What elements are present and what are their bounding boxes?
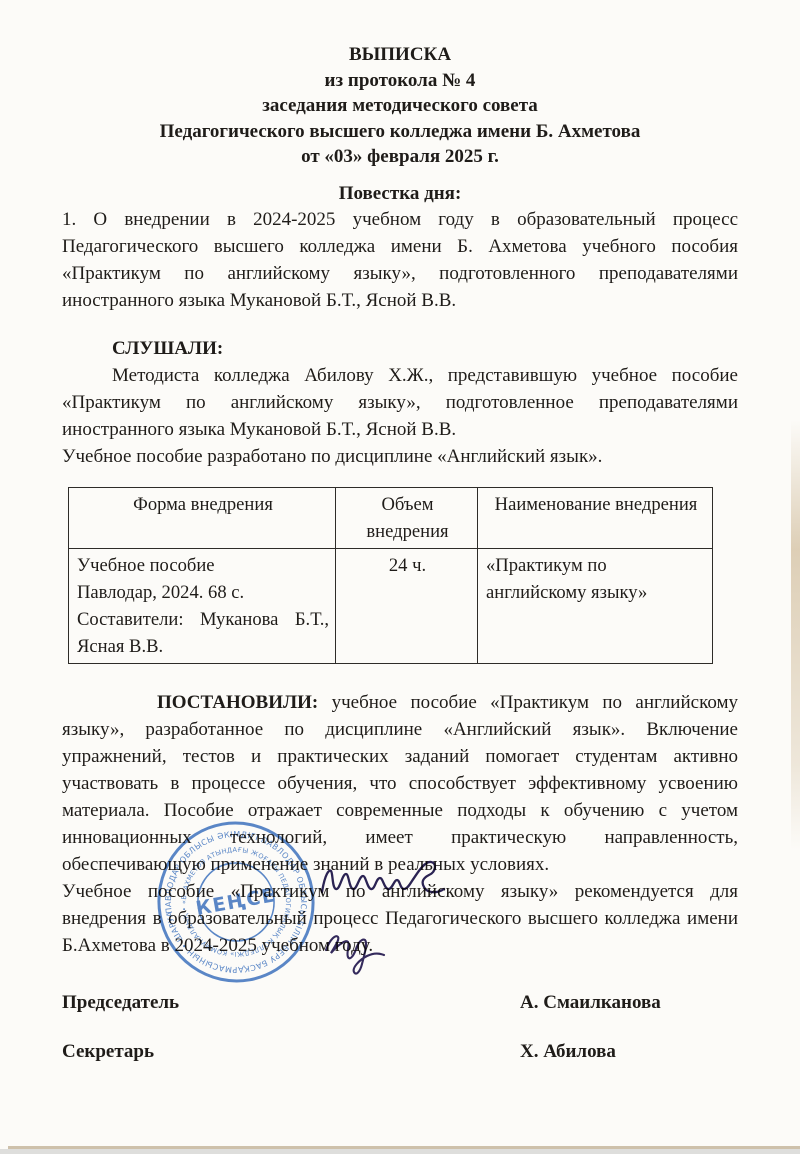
heard-note: Учебное пособие разработано по дисциплин… xyxy=(62,443,738,470)
chairman-signature xyxy=(316,852,454,910)
table-header-row: Форма внедрения Объем внедрения Наименов… xyxy=(69,487,713,548)
date-line: от «03» февраля 2025 г. xyxy=(62,144,738,170)
table-row: Учебное пособие Павлодар, 2024. 68 с. Со… xyxy=(69,548,713,663)
cell-form: Учебное пособие Павлодар, 2024. 68 с. Со… xyxy=(69,548,336,663)
column-header-form: Форма внедрения xyxy=(69,487,336,548)
chairman-name: А. Смаилканова xyxy=(520,992,661,1014)
signature-row-secretary: Секретарь Х. Абилова xyxy=(62,1041,738,1063)
signature-row-chairman: Председатель А. Смаилканова xyxy=(62,992,738,1014)
protocol-number-line: из протокола № 4 xyxy=(62,68,738,94)
secretary-role-label: Секретарь xyxy=(62,1041,320,1063)
college-name-line: Педагогического высшего колледжа имени Б… xyxy=(62,119,738,145)
agenda-item-text: 1. О внедрении в 2024-2025 учебном году … xyxy=(62,206,738,314)
form-line-3: Составители: Муканова Б.Т., Ясная В.В. xyxy=(77,606,329,660)
heard-heading: СЛУШАЛИ: xyxy=(112,335,738,362)
column-header-name: Наименование внедрения xyxy=(478,487,713,548)
form-line-1: Учебное пособие xyxy=(77,552,329,579)
heard-text: Методиста колледжа Абилову Х.Ж., предста… xyxy=(62,362,738,443)
implementation-table: Форма внедрения Объем внедрения Наименов… xyxy=(68,487,713,664)
form-line-2: Павлодар, 2024. 68 с. xyxy=(77,579,329,606)
svg-text:• «Б. АХМЕТОВ АТЫНДАҒЫ ЖОҒАРЫ: • «Б. АХМЕТОВ АТЫНДАҒЫ ЖОҒАРЫ ПЕДАГОГИКА… xyxy=(139,805,301,973)
meeting-line: заседания методического совета xyxy=(62,93,738,119)
stamp-inner-text: • «Б. АХМЕТОВ АТЫНДАҒЫ ЖОҒАРЫ ПЕДАГОГИКА… xyxy=(139,805,301,973)
cell-volume: 24 ч. xyxy=(336,548,478,663)
scan-edge-artifact xyxy=(791,420,800,850)
official-stamp: ПАВЛОДАР ОБЛЫСЫ ӘКІМДІГІ ПАВЛОДАР ОБЛЫСЫ… xyxy=(139,805,334,1000)
stamp-center-text: КЕҢСЕ xyxy=(194,884,278,920)
signature-block: Председатель А. Смаилканова Секретарь Х.… xyxy=(62,992,738,1063)
agenda-heading: Повестка дня: xyxy=(62,183,738,205)
secretary-signature xyxy=(318,920,396,982)
cell-name: «Практикум по английскому языку» xyxy=(478,548,713,663)
secretary-name: Х. Абилова xyxy=(520,1041,616,1063)
column-header-volume: Объем внедрения xyxy=(336,487,478,548)
scanned-document-page: ВЫПИСКА из протокола № 4 заседания метод… xyxy=(0,0,800,1154)
resolution-heading: ПОСТАНОВИЛИ: xyxy=(157,692,318,713)
document-title: ВЫПИСКА xyxy=(62,42,738,68)
